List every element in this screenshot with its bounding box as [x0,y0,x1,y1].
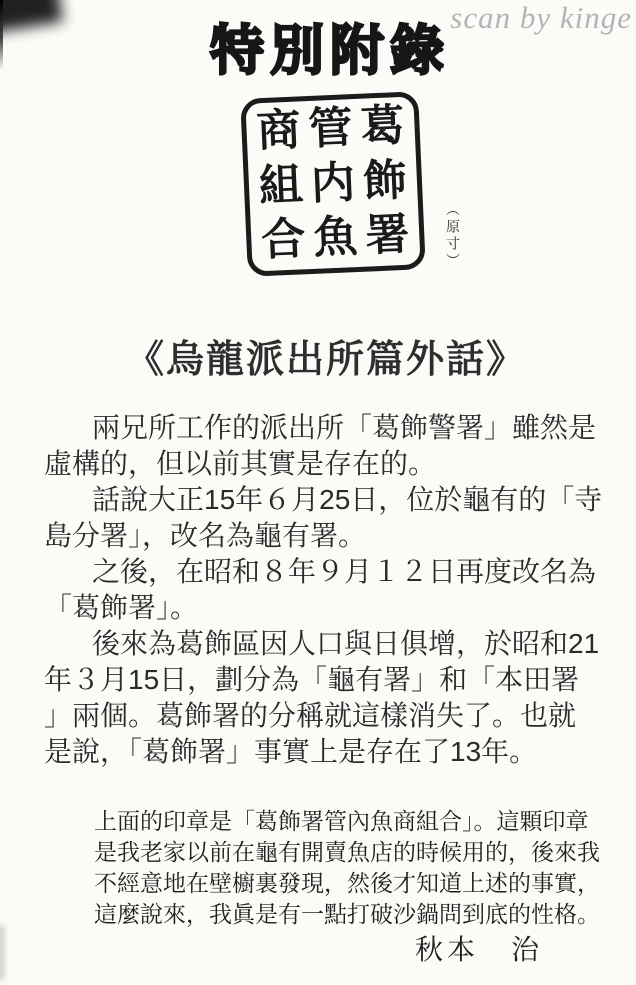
scan-edge-smudge [0,925,4,980]
seal-column-left: 商 組 合 [256,105,307,267]
section-subtitle: 《烏龍派出所篇外話》 [8,328,636,383]
body-line: 」兩個。葛飾署的分稱就這樣消失了。也就 [44,698,604,734]
body-line: 兩兄所工作的派出所「葛飾警署」雖然是 [44,410,604,446]
seal-char: 商 [256,105,302,157]
seal-char: 飾 [362,155,408,207]
author-signature: 秋本 治 [415,928,543,968]
scanned-book-page: scan by kinge 特別附錄 商 組 合 管 内 魚 葛 飾 署 （原寸… [0,0,636,985]
body-text: 兩兄所工作的派出所「葛飾警署」雖然是 虛構的，但以前其實是存在的。 話說大正15… [44,410,604,770]
seal-char: 組 [258,160,304,212]
page-title: 特別附錄 [12,8,636,85]
body-line: 話說大正15年６月25日，位於龜有的「寺 [44,482,604,518]
note-line: 不經意地在壁櫥裏發現，然後才知道上述的事實， [94,868,602,899]
body-line: 「葛飾署」。 [44,590,604,626]
seal-char: 魚 [312,212,358,264]
note-line: 上面的印章是「葛飾署管內魚商組合」。這顆印章 [94,806,602,837]
body-line: 島分署」，改名為龜有署。 [44,518,604,554]
scan-edge-line [0,0,3,70]
note-line: 是我老家以前在龜有開賣魚店的時候用的，後來我 [94,837,602,868]
author-note: 上面的印章是「葛飾署管內魚商組合」。這顆印章 是我老家以前在龜有開賣魚店的時候用… [94,806,602,930]
body-line: 後來為葛飾區因人口與日俱增，於昭和21 [44,626,604,662]
seal-char: 管 [308,103,354,155]
seal-char: 署 [364,210,410,262]
fish-merchants-seal-stamp: 商 組 合 管 内 魚 葛 飾 署 [240,91,426,277]
seal-char: 合 [260,215,306,267]
seal-column-middle: 管 内 魚 [308,103,359,265]
seal-char: 葛 [359,101,405,153]
seal-size-caption: （原寸） [441,202,461,282]
seal-column-right: 葛 飾 署 [359,101,410,263]
body-line: 是說，「葛飾署」事實上是存在了13年。 [44,734,604,770]
body-line: 虛構的，但以前其實是存在的。 [44,446,604,482]
body-line: 年３月15日，劃分為「龜有署」和「本田署 [44,662,604,698]
body-line: 之後，在昭和８年９月１２日再度改名為 [44,554,604,590]
seal-char: 内 [310,158,356,210]
note-line: 這麼說來，我眞是有一點打破沙鍋問到底的性格。 [94,899,602,930]
